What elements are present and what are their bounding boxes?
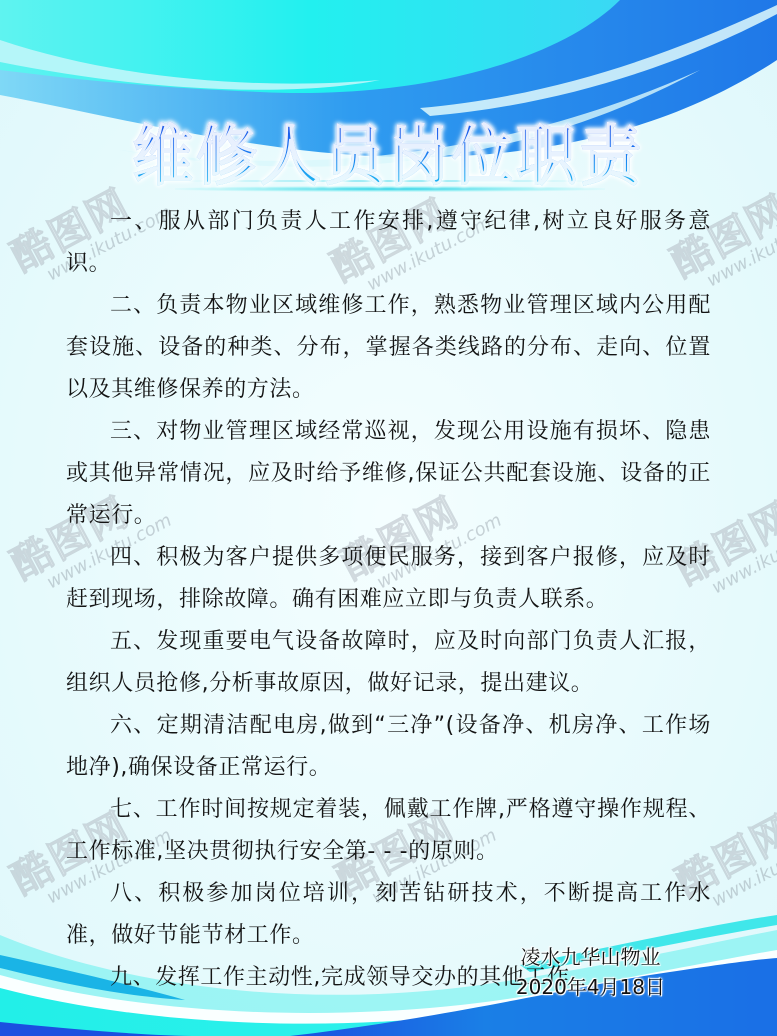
signature-organization: 凌水九华山物业: [516, 942, 665, 972]
poster-title: 维修人员岗位职责: [0, 108, 777, 188]
duty-item-7: 七、工作时间按规定着装，佩戴工作牌,严格遵守操作规程、工作标准,坚决贯彻执行安全…: [66, 789, 711, 873]
duty-item-2: 二、负责本物业区域维修工作，熟悉物业管理区域内公用配套设施、设备的种类、分布，掌…: [66, 285, 711, 411]
duty-item-4: 四、积极为客户提供多项便民服务，接到客户报修，应及时赶到现场，排除故障。确有困难…: [66, 537, 711, 621]
duties-list: 一、服从部门负责人工作安排,遵守纪律,树立良好服务意识。 二、负责本物业区域维修…: [66, 201, 711, 999]
signature-date: 2020年4月18日: [516, 972, 665, 1002]
duty-item-1: 一、服从部门负责人工作安排,遵守纪律,树立良好服务意识。: [66, 201, 711, 285]
duty-item-5: 五、发现重要电气设备故障时，应及时向部门负责人汇报，组织人员抢修,分析事故原因，…: [66, 621, 711, 705]
signature-block: 凌水九华山物业 2020年4月18日: [516, 942, 665, 1002]
poster-title-text: 维修人员岗位职责: [133, 105, 645, 198]
duty-item-3: 三、对物业管理区域经常巡视，发现公用设施有损坏、隐患或其他异常情况，应及时给予维…: [66, 411, 711, 537]
duty-item-6: 六、定期清洁配电房,做到“三净”(设备净、机房净、工作场地净),确保设备正常运行…: [66, 705, 711, 789]
